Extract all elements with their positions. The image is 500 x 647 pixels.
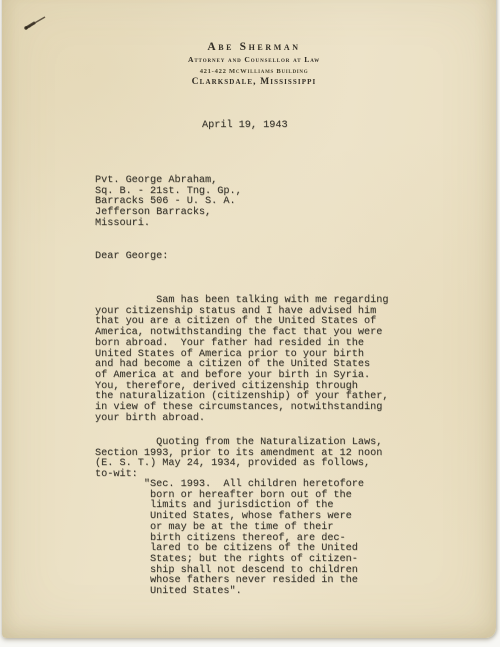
body-paragraph-1: Sam has been talking with me regarding y… [95,296,388,424]
body-paragraph-2: Quoting from the Naturalization Laws, Se… [95,438,382,481]
scan-background: Abe Sherman Attorney and Counsellor at L… [0,0,500,647]
recipient-address: Pvt. George Abraham, Sq. B. - 21st. Tng.… [95,176,242,230]
salutation: Dear George: [95,252,168,263]
letterhead-name: Abe Sherman [4,42,500,53]
letterhead-title: Attorney and Counsellor at Law [4,53,500,66]
pencil-smudge-icon [22,13,52,33]
letterhead-city: Clarksdale, Mississippi [4,77,500,87]
letterhead: Abe Sherman Attorney and Counsellor at L… [4,42,500,87]
letter-date: April 19, 1943 [202,121,288,132]
statute-quote: "Sec. 1993. All children heretofore born… [95,480,364,598]
